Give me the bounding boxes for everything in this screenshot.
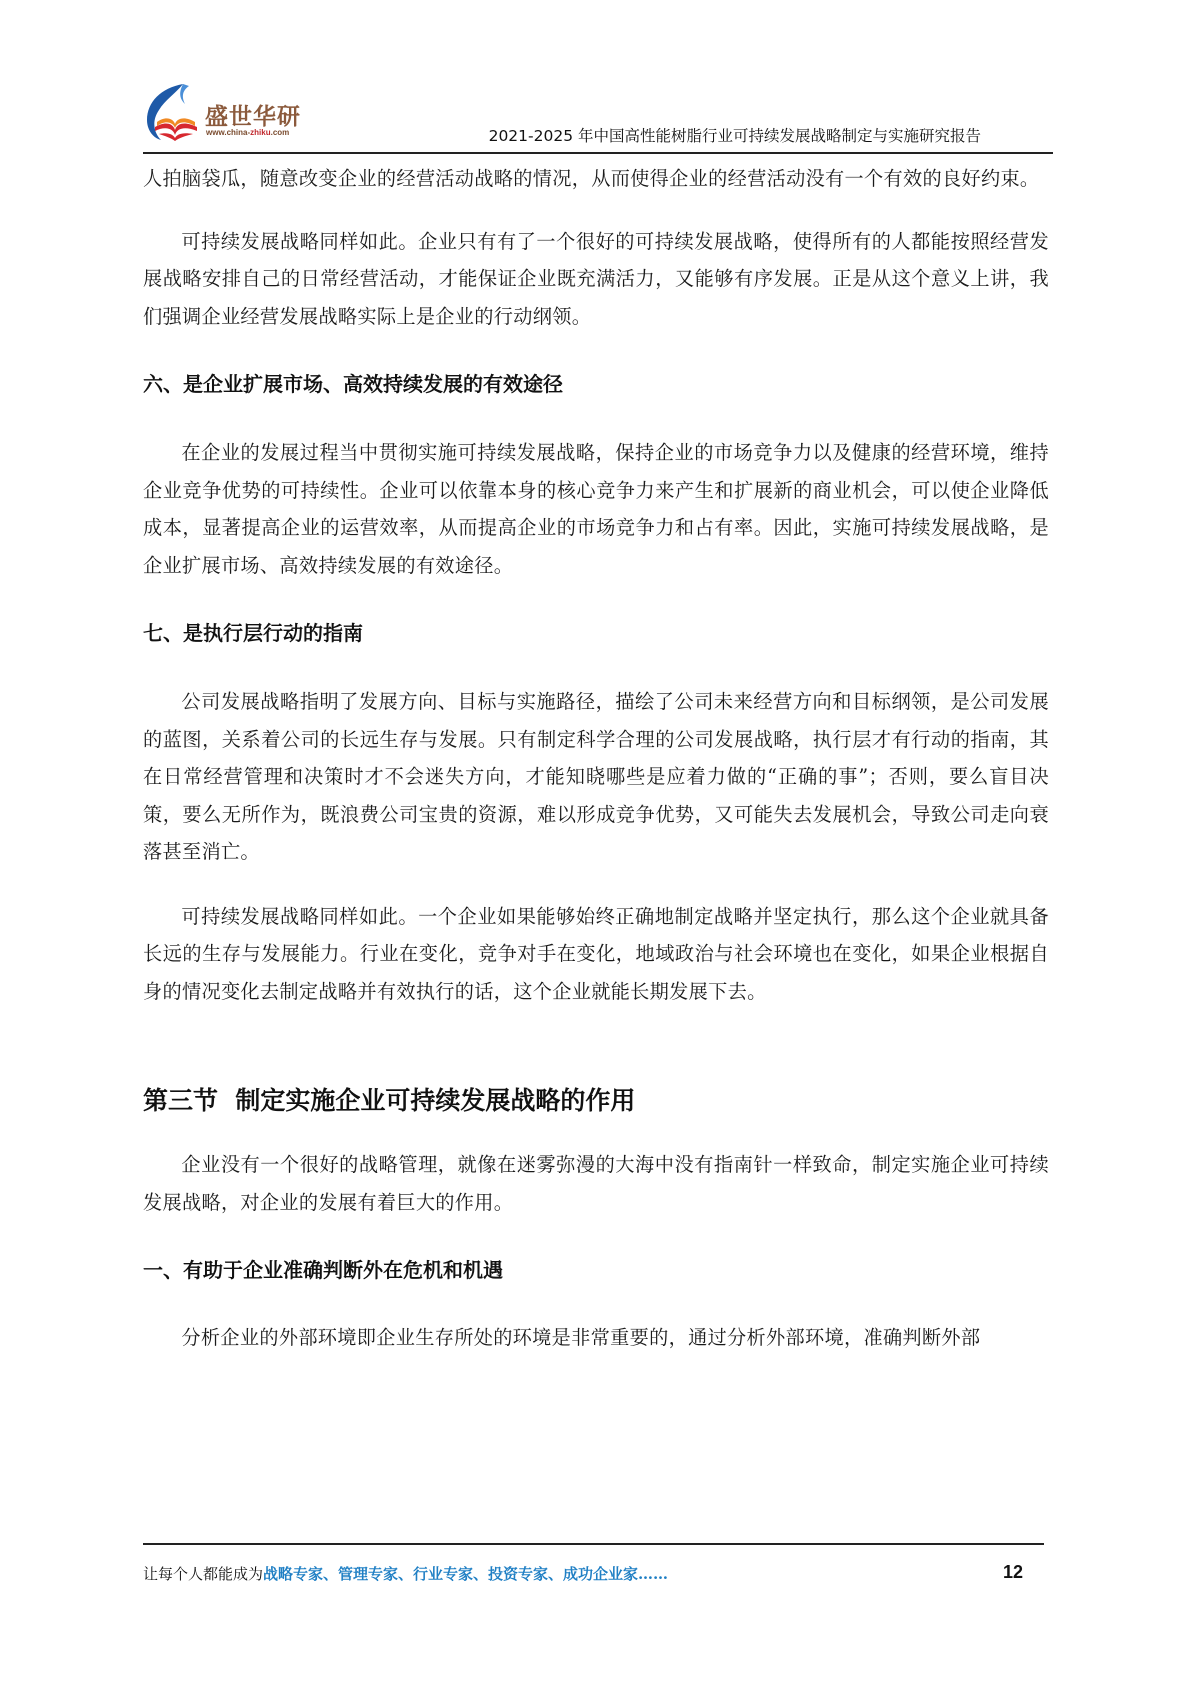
paragraph: 公司发展战略指明了发展方向、目标与实施路径，描绘了公司未来经营方向和目标纲领，是… xyxy=(143,683,1049,871)
paragraph: 可持续发展战略同样如此。企业只有有了一个很好的可持续发展战略，使得所有的人都能按… xyxy=(143,223,1049,336)
page-header: 盛世华研 www.china-zhiku.com 2021-2025 年中国高性… xyxy=(143,80,1053,154)
logo-url: www.china-zhiku.com xyxy=(206,128,289,137)
section-title: 第三节 制定实施企业可持续发展战略的作用 xyxy=(143,1084,1049,1118)
paragraph-continuation: 人拍脑袋瓜，随意改变企业的经营活动战略的情况，从而使得企业的经营活动没有一个有效… xyxy=(143,160,1049,198)
paragraph: 可持续发展战略同样如此。一个企业如果能够始终正确地制定战略并坚定执行，那么这个企… xyxy=(143,898,1049,1011)
page-content: 人拍脑袋瓜，随意改变企业的经营活动战略的情况，从而使得企业的经营活动没有一个有效… xyxy=(143,160,1049,1357)
paragraph: 分析企业的外部环境即企业生存所处的环境是非常重要的，通过分析外部环境，准确判断外… xyxy=(143,1319,1049,1357)
subheading-7: 七、是执行层行动的指南 xyxy=(143,618,1049,648)
subheading-1: 一、有助于企业准确判断外在危机和机遇 xyxy=(143,1255,1049,1285)
paragraph: 在企业的发展过程当中贯彻实施可持续发展战略，保持企业的市场竞争力以及健康的经营环… xyxy=(143,434,1049,584)
header-divider xyxy=(143,152,1053,154)
slogan-prefix: 让每个人都能成为 xyxy=(143,1565,263,1583)
page-number: 12 xyxy=(1003,1562,1023,1583)
slogan-roles: 战略专家、管理专家、行业专家、投资专家、成功企业家…… xyxy=(263,1565,668,1583)
company-logo: 盛世华研 www.china-zhiku.com xyxy=(143,80,313,144)
report-title: 2021-2025 年中国高性能树脂行业可持续发展战略制定与实施研究报告 xyxy=(489,124,981,146)
logo-book-icon xyxy=(143,82,203,142)
logo-name: 盛世华研 xyxy=(205,98,301,131)
subheading-6: 六、是企业扩展市场、高效持续发展的有效途径 xyxy=(143,369,1049,399)
footer-slogan: 让每个人都能成为战略专家、管理专家、行业专家、投资专家、成功企业家…… xyxy=(143,1563,668,1584)
footer-divider xyxy=(143,1543,1044,1545)
paragraph: 企业没有一个很好的战略管理，就像在迷雾弥漫的大海中没有指南针一样致命，制定实施企… xyxy=(143,1146,1049,1221)
